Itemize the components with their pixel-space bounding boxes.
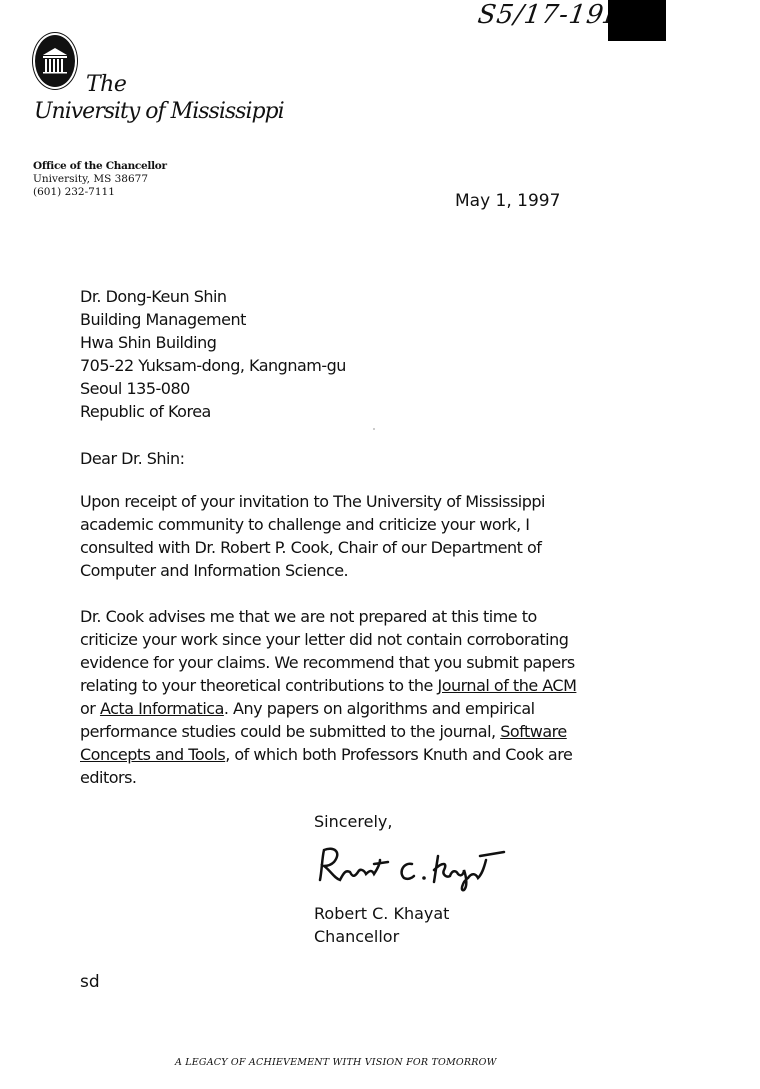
signer-block: Robert C. Khayat Chancellor (314, 902, 449, 948)
university-seal-logo (33, 33, 77, 89)
recipient-line: Building Management (80, 308, 346, 331)
signer-name: Robert C. Khayat (314, 902, 449, 925)
scan-speck (373, 428, 375, 430)
signature (316, 842, 516, 896)
journal-title-jacm: Journal of the ACM (437, 676, 576, 695)
office-phone: (601) 232-7111 (33, 186, 167, 199)
typist-initials: sd (80, 972, 100, 992)
letter-date: May 1, 1997 (455, 191, 560, 211)
recipient-address: Dr. Dong-Keun Shin Building Management H… (80, 285, 346, 423)
closing: Sincerely, (314, 812, 392, 831)
recipient-line: 705-22 Yuksam-dong, Kangnam-gu (80, 354, 346, 377)
lyceum-building-icon (35, 35, 75, 87)
paragraph-2-text: or (80, 699, 100, 718)
logo-wordmark-the: The (86, 72, 126, 97)
logo-wordmark-university: University of Mississippi (34, 99, 284, 124)
office-address-block: Office of the Chancellor University, MS … (33, 160, 167, 199)
office-name: Office of the Chancellor (33, 160, 167, 173)
handwritten-signature-icon (316, 842, 516, 892)
recipient-line: Dr. Dong-Keun Shin (80, 285, 346, 308)
paragraph-2: Dr. Cook advises me that we are not prep… (80, 605, 580, 789)
office-city: University, MS 38677 (33, 173, 167, 186)
recipient-line: Seoul 135-080 (80, 377, 346, 400)
signer-title: Chancellor (314, 925, 449, 948)
recipient-line: Hwa Shin Building (80, 331, 346, 354)
handwritten-annotation: S5/17-19L (476, 0, 625, 30)
footer-motto: A LEGACY OF ACHIEVEMENT WITH VISION FOR … (175, 1057, 497, 1068)
redaction-block (608, 0, 666, 41)
paragraph-1: Upon receipt of your invitation to The U… (80, 490, 570, 582)
salutation: Dear Dr. Shin: (80, 447, 185, 470)
recipient-line: Republic of Korea (80, 400, 346, 423)
journal-title-acta: Acta Informatica (100, 699, 224, 718)
